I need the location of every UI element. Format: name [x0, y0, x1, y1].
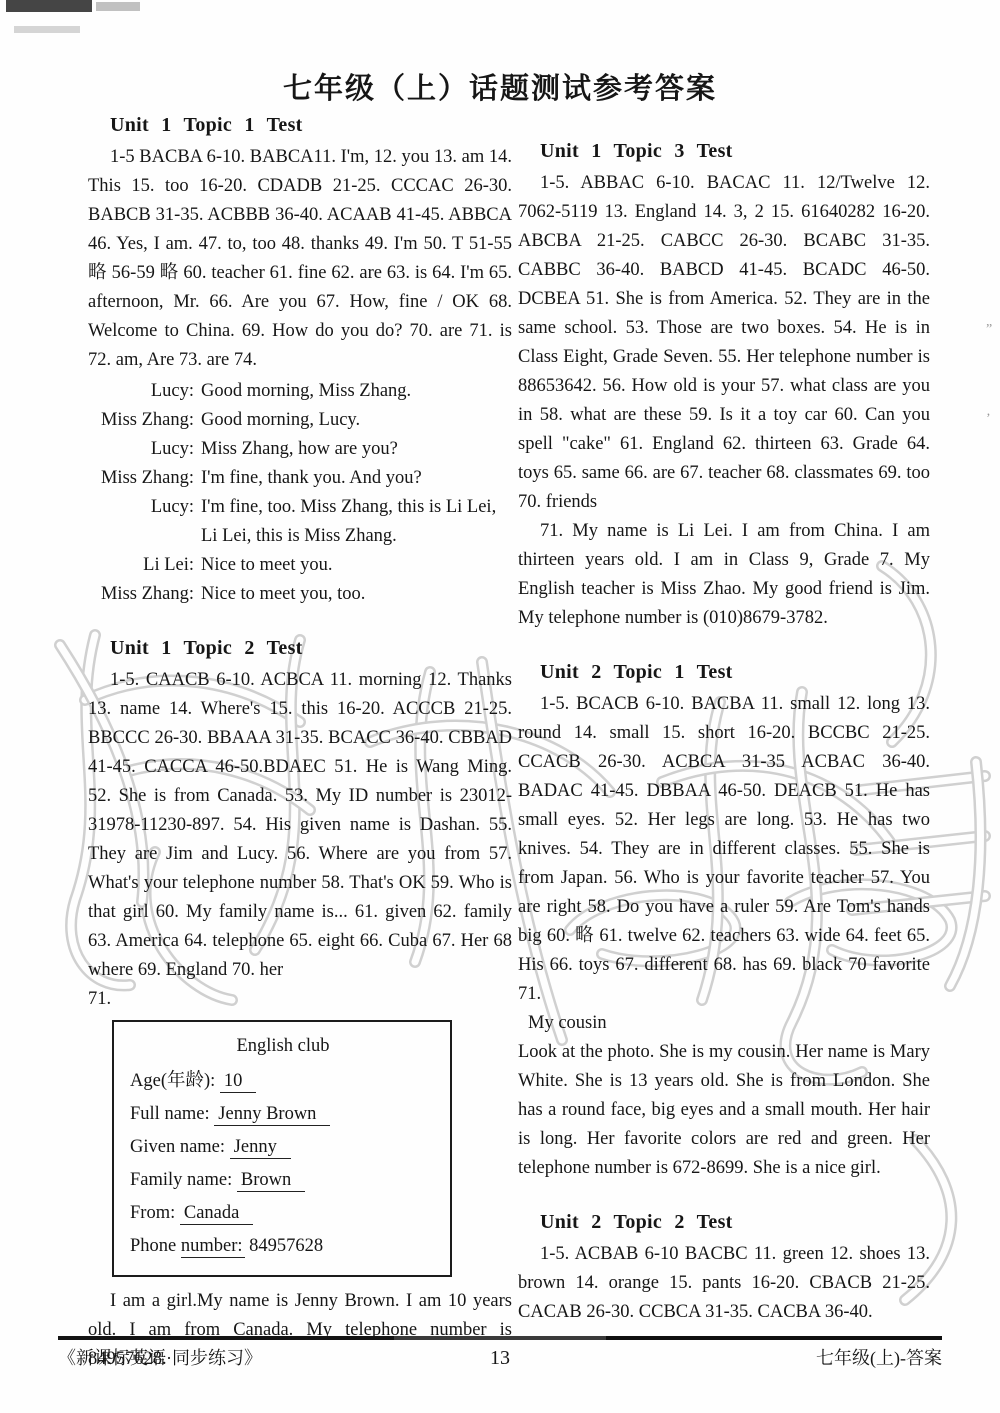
- answers-unit2-topic2: 1-5. ACBAB 6-10 BACBC 11. green 12. shoe…: [518, 1240, 930, 1327]
- dialogue-text: Nice to meet you, too.: [201, 580, 365, 609]
- club-field-value: 10: [220, 1071, 257, 1093]
- dialogue-line: Miss Zhang: Nice to meet you, too.: [88, 580, 512, 609]
- section-heading-unit1-topic3: Unit 1 Topic 3 Test: [540, 136, 930, 166]
- dialogue-speaker: Lucy:: [88, 493, 194, 522]
- composition-paragraph: Look at the photo. She is my cousin. Her…: [518, 1038, 930, 1183]
- dialogue-line: Lucy: Miss Zhang, how are you?: [88, 435, 512, 464]
- club-title: English club: [130, 1030, 436, 1063]
- answers-unit1-topic2: 1-5. CAACB 6-10. ACBCA 11. morning 12. T…: [88, 666, 512, 985]
- club-field-label: Given name:: [130, 1137, 225, 1157]
- footer-rule: [58, 1336, 942, 1340]
- paragraph-71: 71. My name is Li Lei. I am from China. …: [518, 517, 930, 633]
- footer-volume-label: 七年级(上)-答案: [510, 1344, 942, 1370]
- english-club-box: English club Age(年龄): 10 Full name: Jenn…: [112, 1020, 452, 1277]
- club-field-given-name: Given name: Jenny: [130, 1131, 436, 1164]
- club-field-phone: Phone number: 84957628: [130, 1230, 436, 1263]
- footer: 《新课标英语·同步练习》 13 七年级(上)-答案: [58, 1344, 942, 1370]
- club-field-label-underlined: number:: [181, 1236, 245, 1258]
- club-field-label: From:: [130, 1203, 175, 1223]
- club-field-from: From: Canada: [130, 1197, 436, 1230]
- dialogue-text: Nice to meet you.: [201, 551, 333, 580]
- dialogue-text: I'm fine, thank you. And you?: [201, 464, 422, 493]
- club-field-value: Brown: [237, 1170, 305, 1192]
- dialogue-line: Lucy: Good morning, Miss Zhang.: [88, 377, 512, 406]
- club-field-label: Age(年龄):: [130, 1071, 215, 1091]
- dialogue-speaker: Miss Zhang:: [88, 580, 194, 609]
- club-field-age: Age(年龄): 10: [130, 1065, 436, 1098]
- page-number: 13: [490, 1347, 510, 1370]
- column-left: Unit 1 Topic 1 Test 1-5 BACBA 6-10. BABC…: [88, 110, 512, 1374]
- dialogue-speaker: [88, 522, 194, 551]
- composition-title: My cousin: [528, 1009, 930, 1038]
- section-heading-unit1-topic2: Unit 1 Topic 2 Test: [110, 633, 512, 663]
- column-right: Unit 1 Topic 3 Test 1-5. ABBAC 6-10. BAC…: [518, 136, 930, 1327]
- dialogue-text: Miss Zhang, how are you?: [201, 435, 398, 464]
- scan-smudge: [6, 0, 92, 12]
- section-heading-unit1-topic1: Unit 1 Topic 1 Test: [110, 110, 512, 140]
- dialogue-speaker: Lucy:: [88, 377, 194, 406]
- dialogue-line: Miss Zhang: Good morning, Lucy.: [88, 406, 512, 435]
- club-field-label: Phone: [130, 1236, 181, 1256]
- answers-unit1-topic1: 1-5 BACBA 6-10. BABCA11. I'm, 12. you 13…: [88, 143, 512, 375]
- scan-smudge: [14, 26, 80, 33]
- scan-speck: ‚: [986, 404, 991, 420]
- scan-smudge: [96, 2, 140, 11]
- club-field-value: Jenny: [230, 1137, 291, 1159]
- club-field-family-name: Family name: Brown: [130, 1164, 436, 1197]
- section-heading-unit2-topic2: Unit 2 Topic 2 Test: [540, 1207, 930, 1237]
- dialogue-text: Li Lei, this is Miss Zhang.: [201, 522, 397, 551]
- scan-speck: ”: [986, 322, 992, 338]
- answers-unit1-topic3: 1-5. ABBAC 6-10. BACAC 11. 12/Twelve 12.…: [518, 169, 930, 517]
- dialogue-speaker: Miss Zhang:: [88, 406, 194, 435]
- dialogue-line: Li Lei, this is Miss Zhang.: [88, 522, 512, 551]
- dialogue-text: Good morning, Miss Zhang.: [201, 377, 411, 406]
- section-heading-unit2-topic1: Unit 2 Topic 1 Test: [540, 657, 930, 687]
- dialogue-line: Lucy: I'm fine, too. Miss Zhang, this is…: [88, 493, 512, 522]
- dialogue-text: I'm fine, too. Miss Zhang, this is Li Le…: [201, 493, 496, 522]
- club-field-value: Jenny Brown: [214, 1104, 330, 1126]
- dialogue-line: Li Lei: Nice to meet you.: [88, 551, 512, 580]
- club-field-value: 84957628: [249, 1236, 323, 1256]
- dialogue-text: Good morning, Lucy.: [201, 406, 360, 435]
- dialogue-speaker: Lucy:: [88, 435, 194, 464]
- dialogue-speaker: Li Lei:: [88, 551, 194, 580]
- item-71-label: 71.: [88, 985, 512, 1014]
- club-field-label: Full name:: [130, 1104, 210, 1124]
- dialogue-line: Miss Zhang: I'm fine, thank you. And you…: [88, 464, 512, 493]
- answers-unit2-topic1: 1-5. BCACB 6-10. BACBA 11. small 12. lon…: [518, 690, 930, 1009]
- footer-book-title: 《新课标英语·同步练习》: [58, 1344, 490, 1370]
- dialogue-speaker: Miss Zhang:: [88, 464, 194, 493]
- club-field-full-name: Full name: Jenny Brown: [130, 1098, 436, 1131]
- page-title: 七年级（上）话题测试参考答案: [0, 66, 1000, 107]
- dialogue-block: Lucy: Good morning, Miss Zhang. Miss Zha…: [88, 377, 512, 609]
- club-field-label: Family name:: [130, 1170, 232, 1190]
- club-field-value: Canada: [180, 1203, 253, 1225]
